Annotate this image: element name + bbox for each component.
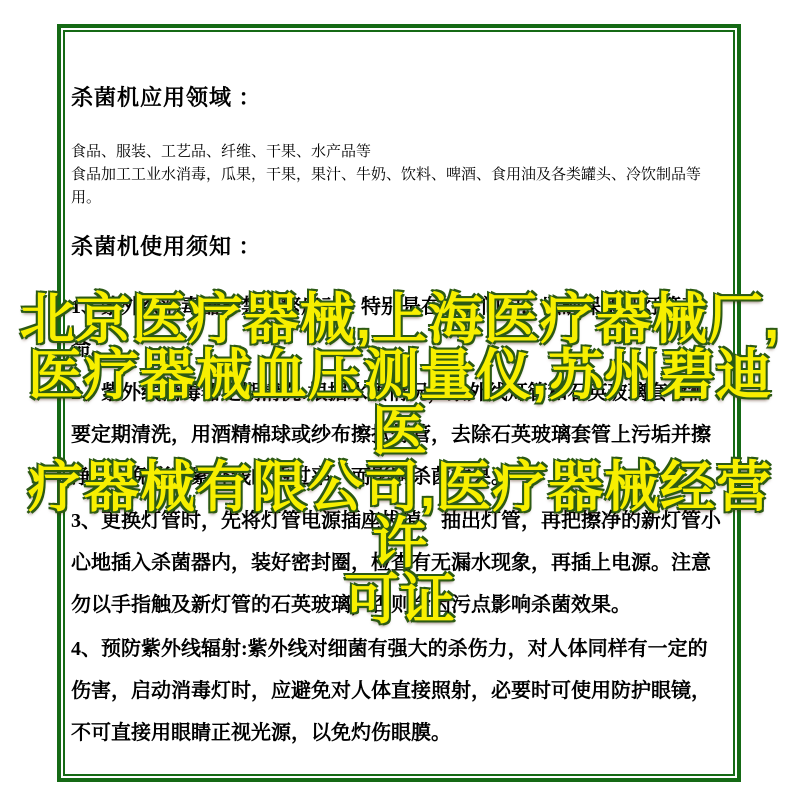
application-fields-line-2: 食品加工工业水消毒，瓜果，干果，果汁、牛奶、饮料、啤酒、食用油及各类罐头、冷饮制… (71, 164, 727, 210)
page-border-frame: 杀菌机应用领域 ： 食品、服装、工艺品、纤维、干果、水产品等 食品加工工业水消毒… (57, 24, 741, 782)
section-heading-usage-notes: 杀菌机使用须知 ： (71, 234, 727, 260)
usage-notes-list: 1、紫外线消毒器严禁频繁启动，特别是在短时间内，以确保紫外灯管寿命。 2、紫外线… (71, 286, 727, 754)
usage-note-item-1: 1、紫外线消毒器严禁频繁启动，特别是在短时间内，以确保紫外灯管寿命。 (71, 286, 727, 370)
usage-note-item-2: 2、紫外线消毒器定期清洗:根据水质情况，紫外线灯管和石英玻璃套管需要定期清洗，用… (71, 372, 727, 498)
section-heading-application-fields: 杀菌机应用领域 ： (71, 85, 727, 111)
page-inner-frame: 杀菌机应用领域 ： 食品、服装、工艺品、纤维、干果、水产品等 食品加工工业水消毒… (63, 30, 735, 776)
section-heading-application-text: 杀菌机应用领域 ： (71, 85, 262, 110)
usage-note-item-4: 4、预防紫外线辐射:紫外线对细菌有强大的杀伤力，对人体同样有一定的伤害，启动消毒… (71, 628, 727, 754)
section-heading-usage-text: 杀菌机使用须知 ： (71, 234, 262, 259)
usage-note-item-3: 3、更换灯管时，先将灯管电源插座拔掉，抽出灯管，再把擦净的新灯管小心地插入杀菌器… (71, 500, 727, 626)
application-fields-line-1: 食品、服装、工艺品、纤维、干果、水产品等 (71, 141, 727, 164)
document-content: 杀菌机应用领域 ： 食品、服装、工艺品、纤维、干果、水产品等 食品加工工业水消毒… (65, 85, 733, 754)
